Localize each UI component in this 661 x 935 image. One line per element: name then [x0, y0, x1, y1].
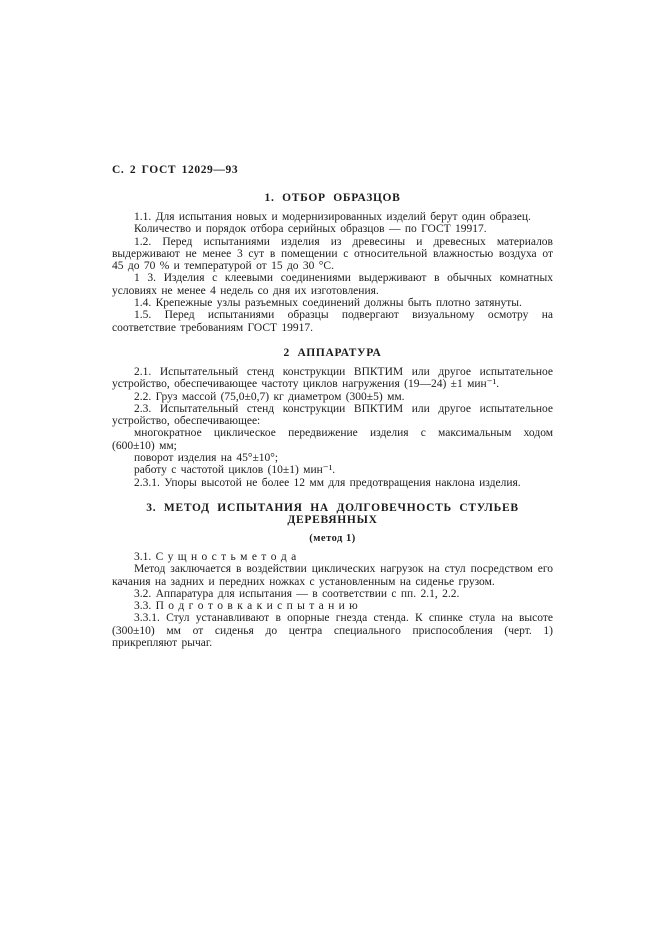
paragraph-2-3-item-3: работу с частотой циклов (10±1) мин⁻¹. [112, 464, 553, 476]
section-2-heading: 2 АППАРАТУРА [112, 347, 553, 359]
paragraph-3-2: 3.2. Аппаратура для испытания — в соотве… [112, 588, 553, 600]
paragraph-2-3-item-1: многократное циклическое передвижение из… [112, 427, 553, 452]
section-3-subheading: (метод 1) [112, 533, 553, 544]
paragraph-2-3-item-2: поворот изделия на 45°±10°; [112, 452, 553, 464]
page-header: С. 2 ГОСТ 12029—93 [112, 164, 553, 176]
section-sampling: 1. ОТБОР ОБРАЗЦОВ 1.1. Для испытания нов… [112, 192, 553, 334]
paragraph-3-1: 3.1. С у щ н о с т ь м е т о д а [112, 551, 553, 563]
document-page: С. 2 ГОСТ 12029—93 1. ОТБОР ОБРАЗЦОВ 1.1… [0, 0, 661, 935]
section-apparatus: 2 АППАРАТУРА 2.1. Испытательный стенд ко… [112, 347, 553, 489]
paragraph-2-2: 2.2. Груз массой (75,0±0,7) кг диаметром… [112, 391, 553, 403]
paragraph-1-1: 1.1. Для испытания новых и модернизирова… [112, 211, 553, 223]
paragraph-3-3-1: 3.3.1. Стул устанавливают в опорные гнез… [112, 612, 553, 649]
text-block: С. 2 ГОСТ 12029—93 1. ОТБОР ОБРАЗЦОВ 1.1… [112, 164, 553, 649]
paragraph-3-1-body: Метод заключается в воздействии цикличес… [112, 563, 553, 588]
paragraph-1-2: 1.2. Перед испытаниями изделия из древес… [112, 236, 553, 273]
section-test-method: 3. МЕТОД ИСПЫТАНИЯ НА ДОЛГОВЕЧНОСТЬ СТУЛ… [112, 502, 553, 649]
paragraph-2-3: 2.3. Испытательный стенд конструкции ВПК… [112, 403, 553, 428]
paragraph-3-3: 3.3. П о д г о т о в к а к и с п ы т а н… [112, 600, 553, 612]
section-1-heading: 1. ОТБОР ОБРАЗЦОВ [112, 192, 553, 204]
paragraph-1-4: 1.4. Крепежные узлы разъемных соединений… [112, 297, 553, 309]
paragraph-1-5: 1.5. Перед испытаниями образцы подвергаю… [112, 309, 553, 334]
paragraph-1-3: 1 3. Изделия с клеевыми соединениями выд… [112, 272, 553, 297]
paragraph-1-1-note: Количество и порядок отбора серийных обр… [112, 223, 553, 235]
paragraph-2-3-1: 2.3.1. Упоры высотой не более 12 мм для … [112, 477, 553, 489]
section-3-heading: 3. МЕТОД ИСПЫТАНИЯ НА ДОЛГОВЕЧНОСТЬ СТУЛ… [112, 502, 553, 526]
paragraph-2-1: 2.1. Испытательный стенд конструкции ВПК… [112, 366, 553, 391]
